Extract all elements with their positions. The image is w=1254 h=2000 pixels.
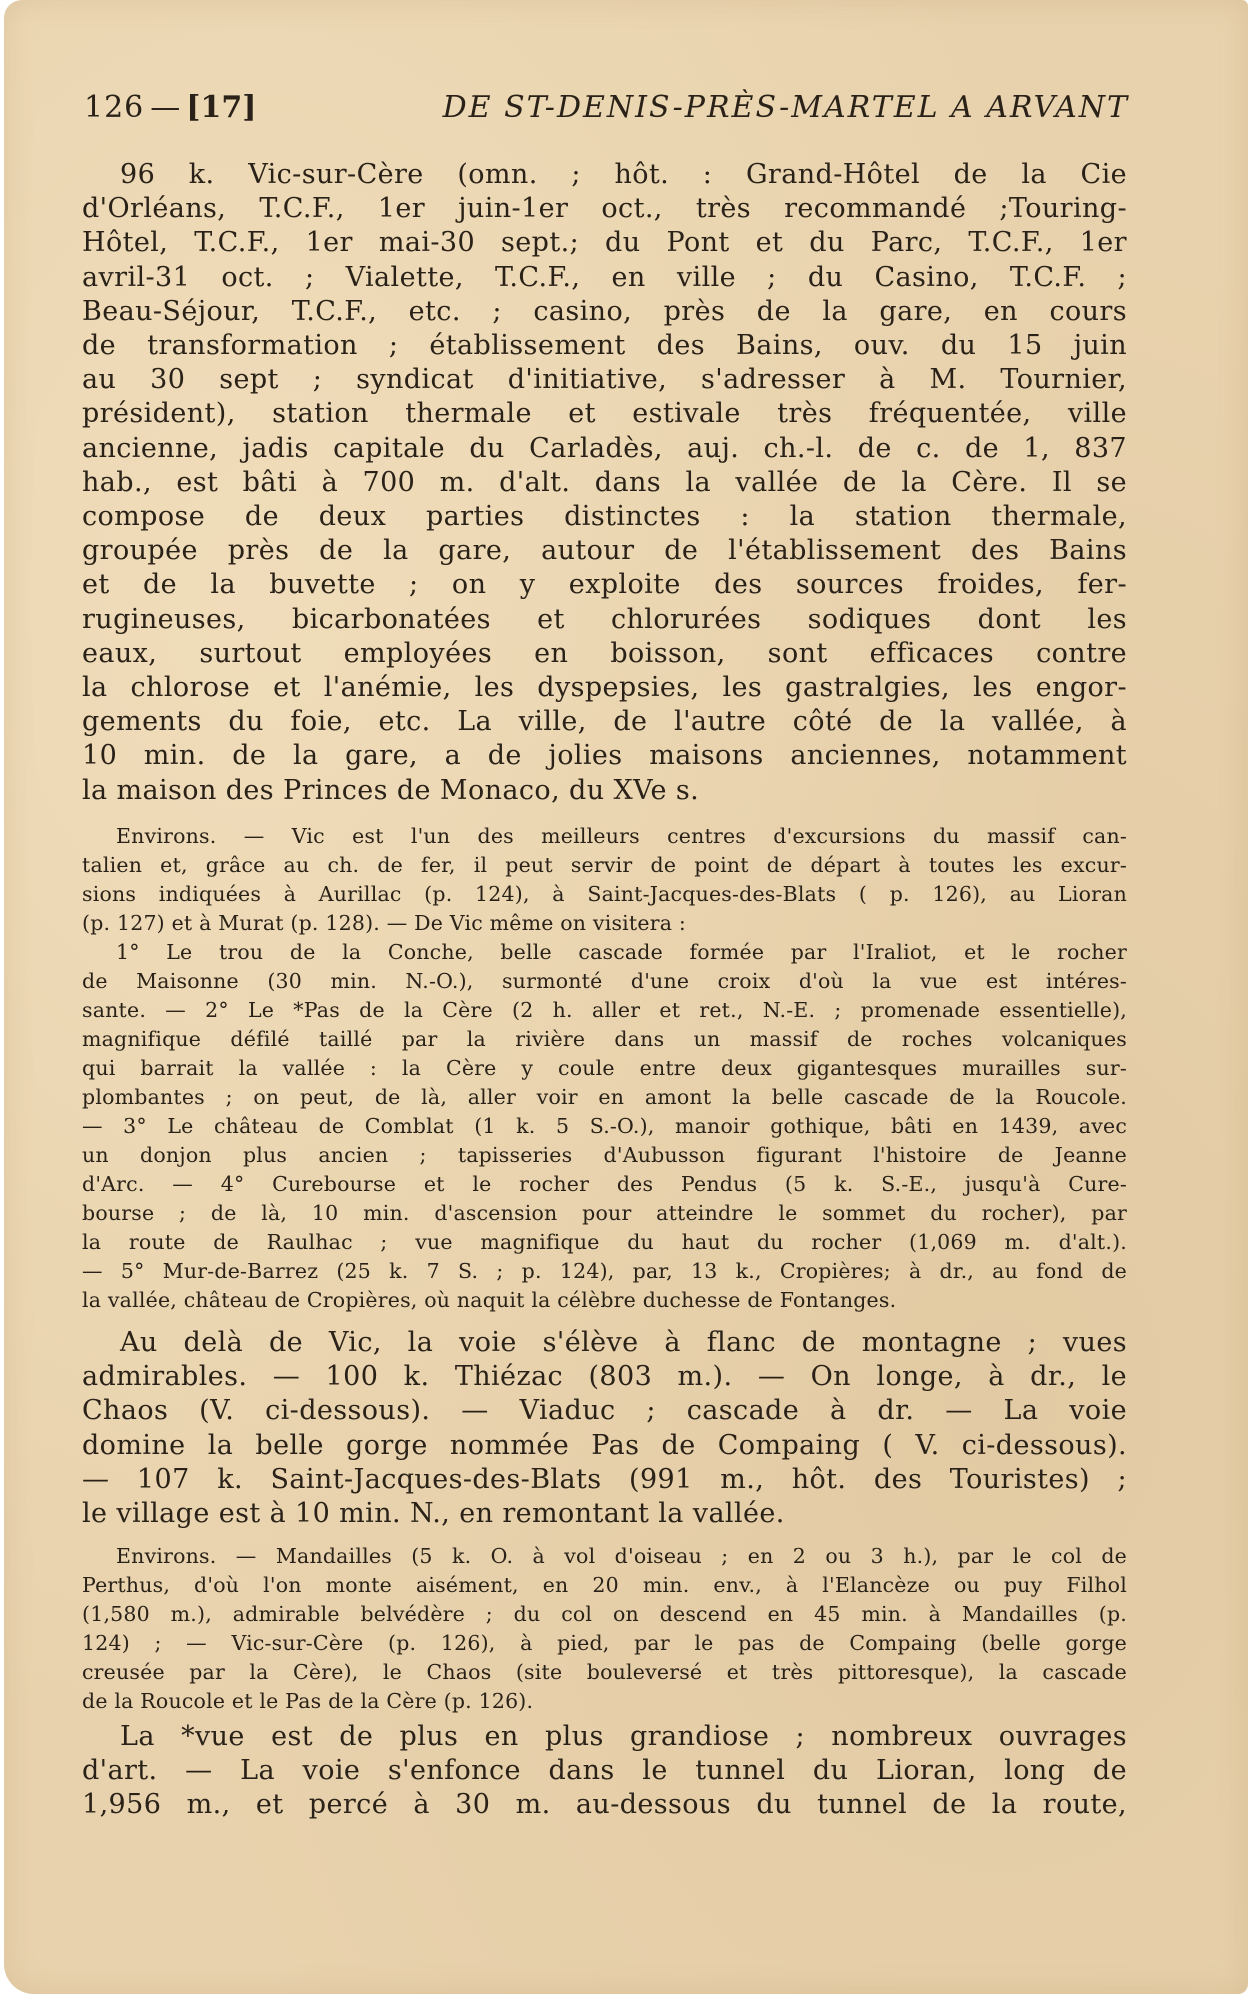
environs-saint-jacques: Environs. — Mandailles (5 k. O. à vol d'…: [82, 1542, 1127, 1716]
text-line: sante. — 2° Le *Pas de la Cère (2 h. all…: [82, 996, 1127, 1025]
text-line: d'art. — La voie s'enfonce dans le tunne…: [82, 1754, 1127, 1788]
text-line: de la Roucole et le Pas de la Cère (p. 1…: [82, 1687, 1127, 1716]
text-line: Beau-Séjour, T.C.F., etc. ; casino, près…: [82, 295, 1127, 329]
text-line: plombantes ; on peut, de là, aller voir …: [82, 1083, 1127, 1112]
text-line: 96 k. Vic-sur-Cère (omn. ; hôt. : Grand-…: [82, 158, 1127, 192]
route-number: [17]: [186, 90, 256, 125]
section-lioran-tunnel: La *vue est de plus en plus grandiose ; …: [82, 1720, 1127, 1823]
text-line: président), station thermale et estivale…: [82, 397, 1127, 431]
text-line: d'Arc. — 4° Curebourse et le rocher des …: [82, 1170, 1127, 1199]
text-line: — 3° Le château de Comblat (1 k. 5 S.-O.…: [82, 1112, 1127, 1141]
text-line: talien et, grâce au ch. de fer, il peut …: [82, 851, 1127, 880]
text-line: 124) ; — Vic-sur-Cère (p. 126), à pied, …: [82, 1629, 1127, 1658]
text-line: gements du foie, etc. La ville, de l'aut…: [82, 705, 1127, 739]
text-line: 1,956 m., et percé à 30 m. au-dessous du…: [82, 1788, 1127, 1822]
text-line: Chaos (V. ci-dessous). — Viaduc ; cascad…: [82, 1394, 1127, 1428]
text-line: de Maisonne (30 min. N.-O.), surmonté d'…: [82, 967, 1127, 996]
section-thiezac-saint-jacques: Au delà de Vic, la voie s'élève à flanc …: [82, 1326, 1127, 1531]
text-line: qui barrait la vallée : la Cère y coule …: [82, 1054, 1127, 1083]
text-line: Hôtel, T.C.F., 1er mai-30 sept.; du Pont…: [82, 226, 1127, 260]
text-line: La *vue est de plus en plus grandiose ; …: [82, 1720, 1127, 1754]
text-line: et de la buvette ; on y exploite des sou…: [82, 568, 1127, 602]
text-line: bourse ; de là, 10 min. d'ascension pour…: [82, 1199, 1127, 1228]
text-line: le village est à 10 min. N., en remontan…: [82, 1497, 1127, 1531]
environs-vic: Environs. — Vic est l'un des meilleurs c…: [82, 822, 1127, 1315]
running-header: 126 — [17] DE ST-DENIS-PRÈS-MARTEL A ARV…: [84, 90, 1129, 130]
text-line: Environs. — Mandailles (5 k. O. à vol d'…: [82, 1542, 1127, 1571]
text-line: creusée par la Cère), le Chaos (site bou…: [82, 1658, 1127, 1687]
text-line: la chlorose et l'anémie, les dyspepsies,…: [82, 671, 1127, 705]
text-line: 1° Le trou de la Conche, belle cascade f…: [82, 938, 1127, 967]
text-line: la route de Raulhac ; vue magnifique du …: [82, 1228, 1127, 1257]
text-line: un donjon plus ancien ; tapisseries d'Au…: [82, 1141, 1127, 1170]
text-line: admirables. — 100 k. Thiézac (803 m.). —…: [82, 1360, 1127, 1394]
text-line: — 107 k. Saint-Jacques-des-Blats (991 m.…: [82, 1463, 1127, 1497]
text-line: (p. 127) et à Murat (p. 128). — De Vic m…: [82, 909, 1127, 938]
header-dash: —: [150, 90, 180, 125]
text-line: 10 min. de la gare, a de jolies maisons …: [82, 739, 1127, 773]
text-line: sions indiquées à Aurillac (p. 124), à S…: [82, 880, 1127, 909]
text-line: magnifique défilé taillé par la rivière …: [82, 1025, 1127, 1054]
text-line: avril-31 oct. ; Vialette, T.C.F., en vil…: [82, 261, 1127, 295]
text-line: Environs. — Vic est l'un des meilleurs c…: [82, 822, 1127, 851]
text-line: Perthus, d'où l'on monte aisément, en 20…: [82, 1571, 1127, 1600]
text-line: ancienne, jadis capitale du Carladès, au…: [82, 432, 1127, 466]
page-number: 126: [84, 90, 144, 125]
text-line: — 5° Mur-de-Barrez (25 k. 7 S. ; p. 124)…: [82, 1257, 1127, 1286]
book-page: 126 — [17] DE ST-DENIS-PRÈS-MARTEL A ARV…: [4, 0, 1248, 1994]
text-line: eaux, surtout employées en boisson, sont…: [82, 637, 1127, 671]
text-line: domine la belle gorge nommée Pas de Comp…: [82, 1429, 1127, 1463]
text-line: groupée près de la gare, autour de l'éta…: [82, 534, 1127, 568]
text-line: rugineuses, bicarbonatées et chlorurées …: [82, 603, 1127, 637]
text-line: de transformation ; établissement des Ba…: [82, 329, 1127, 363]
chapter-title: DE ST-DENIS-PRÈS-MARTEL A ARVANT: [443, 90, 1129, 125]
section-vic-sur-cere: 96 k. Vic-sur-Cère (omn. ; hôt. : Grand-…: [82, 158, 1127, 808]
text-line: compose de deux parties distinctes : la …: [82, 500, 1127, 534]
text-line: la maison des Princes de Monaco, du XVe …: [82, 774, 1127, 808]
text-line: la vallée, château de Cropières, où naqu…: [82, 1286, 1127, 1315]
text-line: au 30 sept ; syndicat d'initiative, s'ad…: [82, 363, 1127, 397]
text-line: (1,580 m.), admirable belvédère ; du col…: [82, 1600, 1127, 1629]
text-line: hab., est bâti à 700 m. d'alt. dans la v…: [82, 466, 1127, 500]
text-line: d'Orléans, T.C.F., 1er juin-1er oct., tr…: [82, 192, 1127, 226]
text-line: Au delà de Vic, la voie s'élève à flanc …: [82, 1326, 1127, 1360]
